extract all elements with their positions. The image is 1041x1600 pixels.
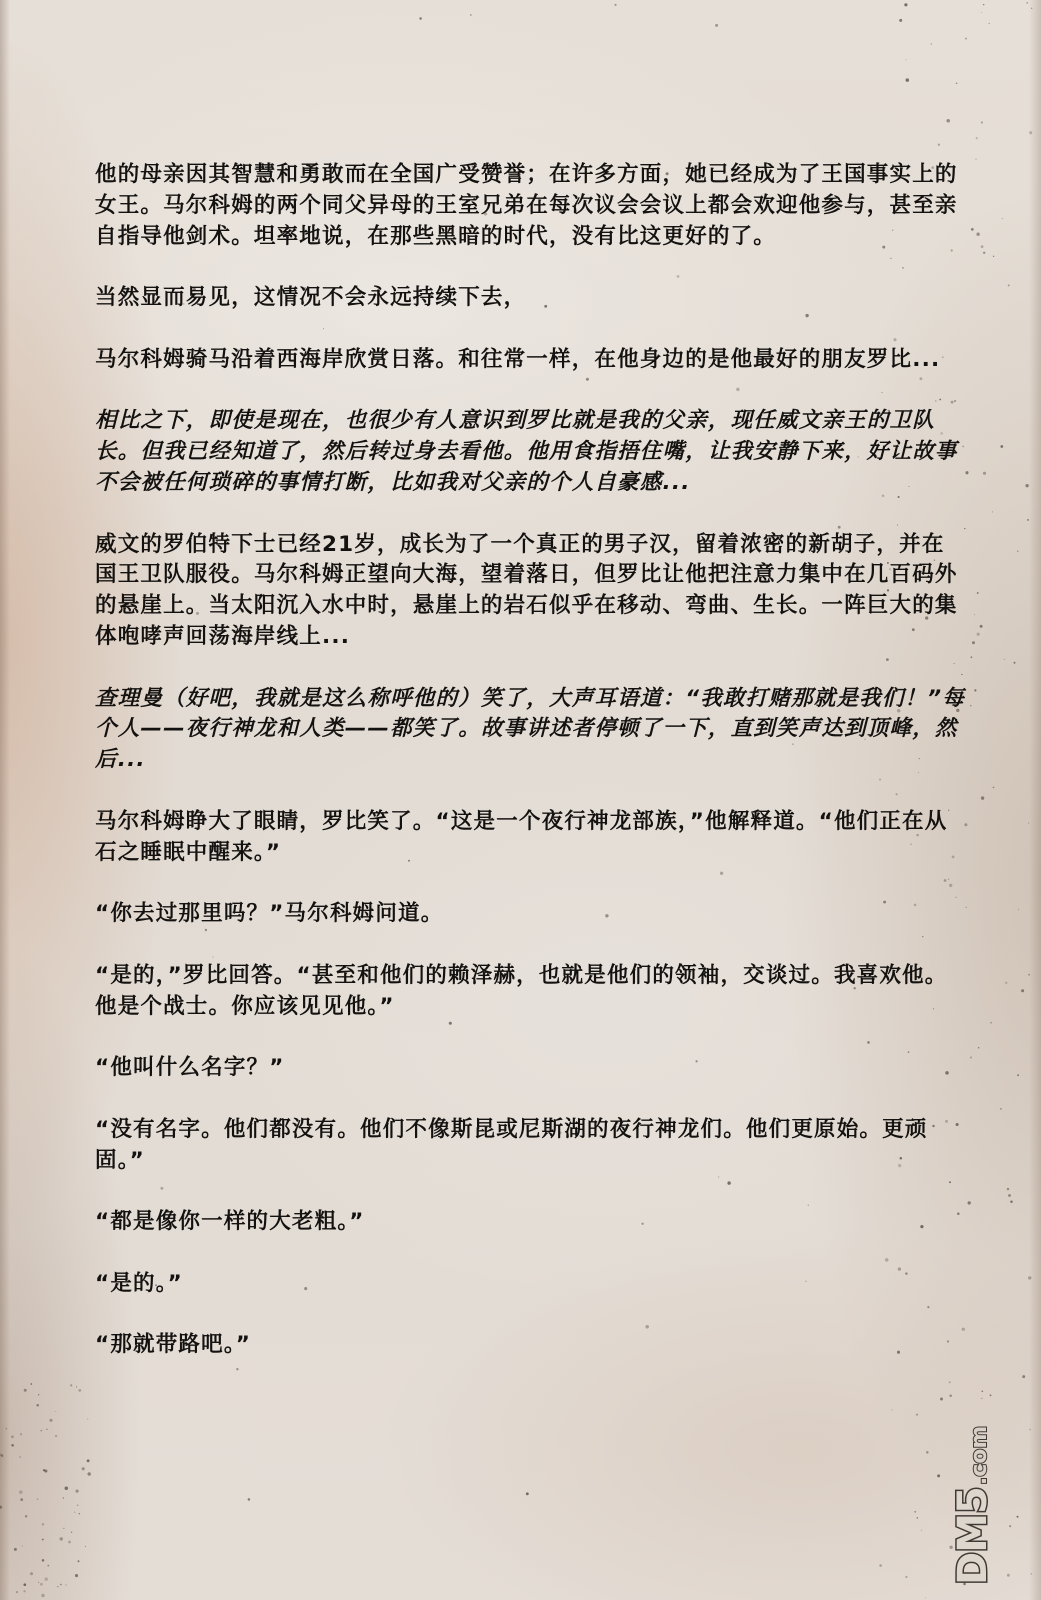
watermark-domain: .com <box>967 1426 992 1485</box>
paragraph: “是的。” <box>95 1269 965 1300</box>
paragraph: “你去过那里吗？”马尔科姆问道。 <box>95 899 965 930</box>
paragraph: 当然显而易见，这情况不会永远持续下去， <box>95 283 965 314</box>
paragraph: 他的母亲因其智慧和勇敢而在全国广受赞誉；在许多方面，她已经成为了王国事实上的女王… <box>95 160 965 252</box>
paragraph: 马尔科姆骑马沿着西海岸欣赏日落。和往常一样，在他身边的是他最好的朋友罗比... <box>95 345 965 376</box>
watermark-logo: DM5 <box>950 1487 996 1585</box>
page-edge-shadow-right <box>1029 0 1041 1600</box>
paragraph: 相比之下，即使是现在，也很少有人意识到罗比就是我的父亲，现任威文亲王的卫队长。但… <box>95 406 965 498</box>
paragraph: “他叫什么名字？” <box>95 1053 965 1084</box>
story-text: 他的母亲因其智慧和勇敢而在全国广受赞誉；在许多方面，她已经成为了王国事实上的女王… <box>95 160 965 1392</box>
paragraph: “那就带路吧。” <box>95 1330 965 1361</box>
paragraph: 马尔科姆睁大了眼睛，罗比笑了。“这是一个夜行神龙部族，”他解释道。“他们正在从石… <box>95 807 965 869</box>
page-edge-shadow-left <box>0 0 10 1600</box>
site-watermark: DM5 .com <box>950 1426 996 1585</box>
paragraph: 查理曼（好吧，我就是这么称呼他的）笑了，大声耳语道：“我敢打赌那就是我们！”每个… <box>95 684 965 776</box>
paragraph: 威文的罗伯特下士已经21岁，成长为了一个真正的男子汉，留着浓密的新胡子，并在国王… <box>95 530 965 653</box>
paragraph: “都是像你一样的大老粗。” <box>95 1207 965 1238</box>
paragraph: “是的，”罗比回答。“甚至和他们的赖泽赫，也就是他们的领袖，交谈过。我喜欢他。他… <box>95 961 965 1023</box>
paragraph: “没有名字。他们都没有。他们不像斯昆或尼斯湖的夜行神龙们。他们更原始。更顽固。” <box>95 1115 965 1177</box>
